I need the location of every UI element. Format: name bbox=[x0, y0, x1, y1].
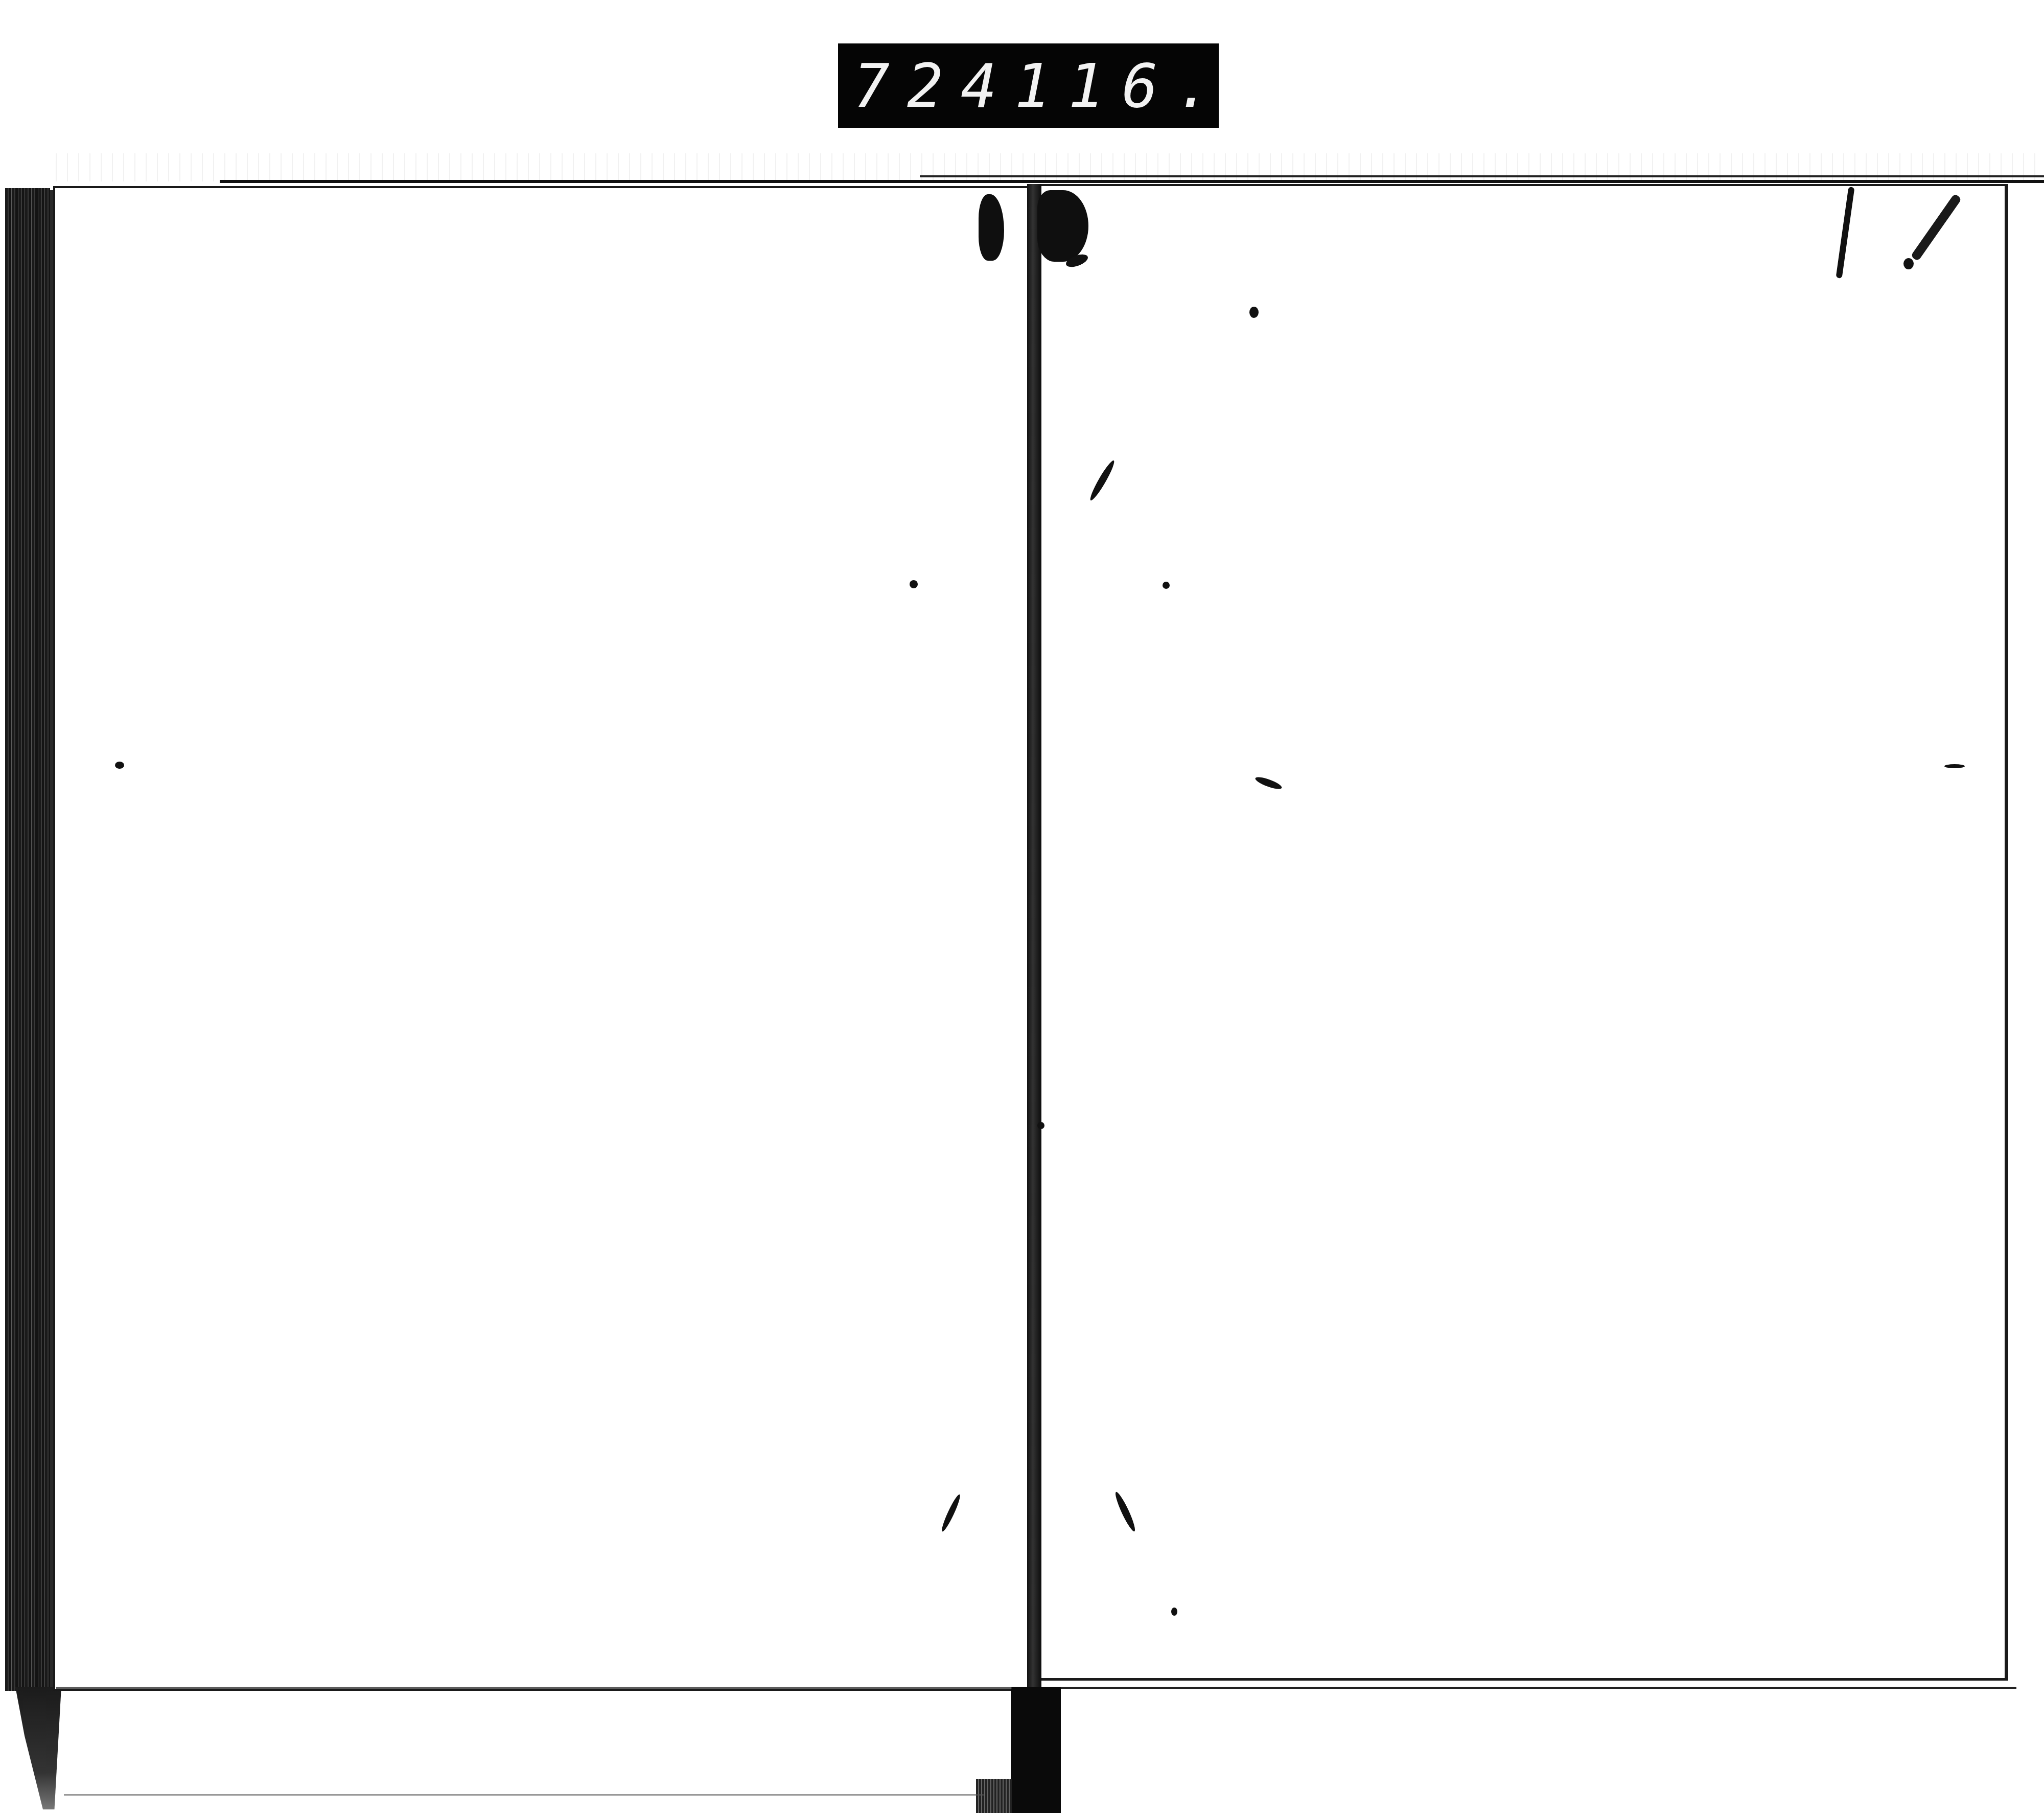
book-cover-edge bbox=[5, 188, 50, 1691]
speck bbox=[1171, 1608, 1177, 1616]
speck bbox=[1163, 582, 1170, 589]
page-bottom-edge bbox=[56, 1687, 1012, 1689]
speck bbox=[1037, 1122, 1044, 1129]
left-page bbox=[53, 186, 1030, 1691]
book-gutter bbox=[1027, 184, 1041, 1692]
spine-bottom bbox=[976, 1779, 1012, 1813]
reel-number: 724 bbox=[853, 56, 1014, 116]
speck bbox=[1944, 764, 1965, 768]
stain-mark bbox=[1903, 258, 1914, 269]
frame-number: 116. bbox=[1014, 56, 1229, 116]
book-top-edge bbox=[220, 180, 2044, 183]
book-top-edge bbox=[920, 175, 2044, 177]
spine-bottom bbox=[1011, 1687, 1061, 1813]
speck bbox=[115, 762, 124, 769]
stain-mark bbox=[1037, 190, 1088, 262]
book-cover-edge bbox=[15, 1687, 61, 1809]
frame-label: 724 116. bbox=[838, 43, 1219, 128]
right-page bbox=[1040, 184, 2008, 1681]
speck bbox=[1249, 307, 1259, 318]
speck bbox=[910, 580, 918, 588]
page-bottom-edge bbox=[1061, 1687, 2016, 1689]
book-bottom-edge bbox=[64, 1794, 984, 1796]
